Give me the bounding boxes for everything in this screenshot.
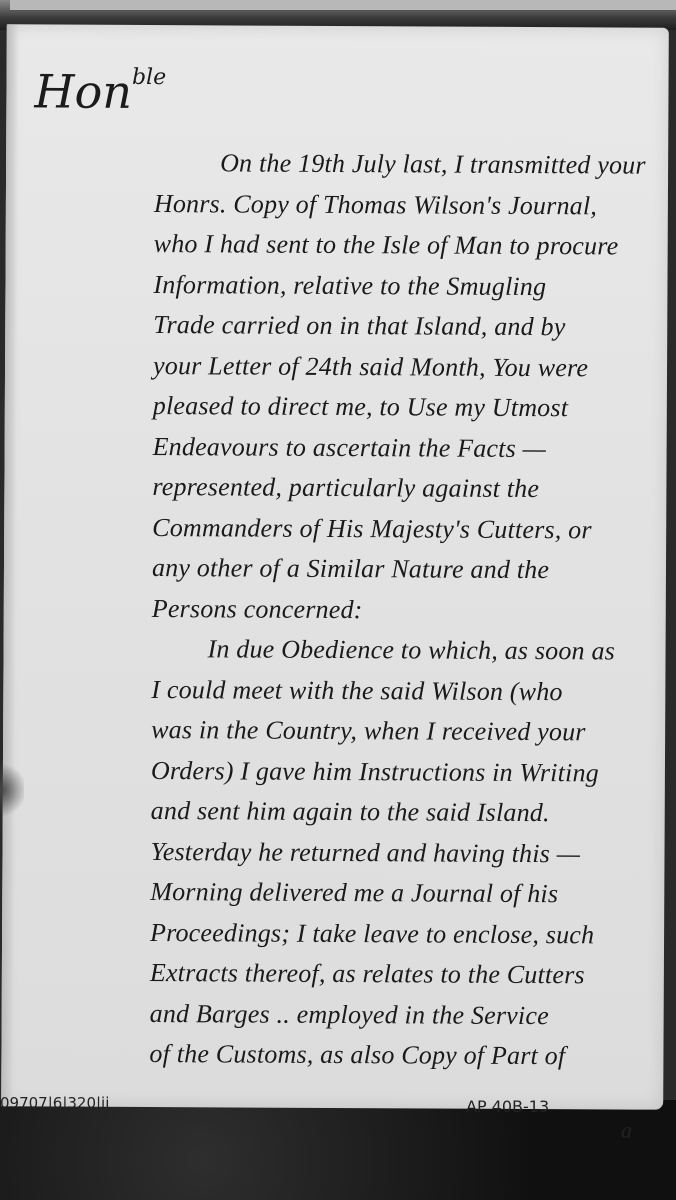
text-line: In due Obedience to which, as soon as — [151, 629, 671, 672]
salutation-text: Hon — [34, 64, 132, 119]
text-line: who I had sent to the Isle of Man to pro… — [154, 224, 674, 267]
catch-word: a — [621, 1118, 632, 1144]
text-line: and Barges .. employed in the Service — [150, 994, 670, 1037]
text-line: Information, relative to the Smugling — [153, 265, 673, 308]
text-line: represented, particularly against the — [152, 467, 672, 510]
text-line: Yesterday he returned and having this — — [150, 832, 670, 875]
text-line: Extracts thereof, as relates to the Cutt… — [150, 953, 670, 996]
text-line: Trade carried on in that Island, and by — [153, 305, 673, 348]
salutation: Honble — [34, 64, 166, 119]
manuscript-page: Honble On the 19th July last, I transmit… — [1, 24, 669, 1109]
text-line: Proceedings; I take leave to enclose, su… — [150, 913, 670, 956]
salutation-superscript: ble — [132, 65, 166, 90]
archive-reference-right: AP 40B-13 — [466, 1097, 549, 1116]
text-line: any other of a Similar Nature and the — [152, 548, 672, 591]
text-line: and sent him again to the said Island. — [151, 791, 671, 834]
text-line: Orders) I gave him Instructions in Writi… — [151, 751, 671, 794]
text-line: was in the Country, when I received your — [151, 710, 671, 753]
text-line: I could meet with the said Wilson (who — [151, 670, 671, 713]
archive-reference-left: 09707|6|320|ii — [0, 1094, 109, 1112]
text-line: Honrs. Copy of Thomas Wilson's Journal, — [154, 184, 674, 227]
text-line: Persons concerned: — [152, 589, 672, 632]
thumb-shadow — [0, 760, 24, 820]
text-line: Commanders of His Majesty's Cutters, or — [152, 508, 672, 551]
text-line: On the 19th July last, I transmitted you… — [154, 143, 674, 186]
backdrop-bottom — [0, 1100, 676, 1200]
text-line: Endeavours to ascertain the Facts — — [153, 427, 673, 470]
text-line: pleased to direct me, to Use my Utmost — [153, 386, 673, 429]
backdrop-strip — [10, 0, 676, 12]
text-line: Morning delivered me a Journal of his — [150, 872, 670, 915]
text-line: your Letter of 24th said Month, You were — [153, 346, 673, 389]
letter-body: On the 19th July last, I transmitted you… — [149, 143, 674, 1077]
text-line: of the Customs, as also Copy of Part of — [149, 1034, 669, 1077]
